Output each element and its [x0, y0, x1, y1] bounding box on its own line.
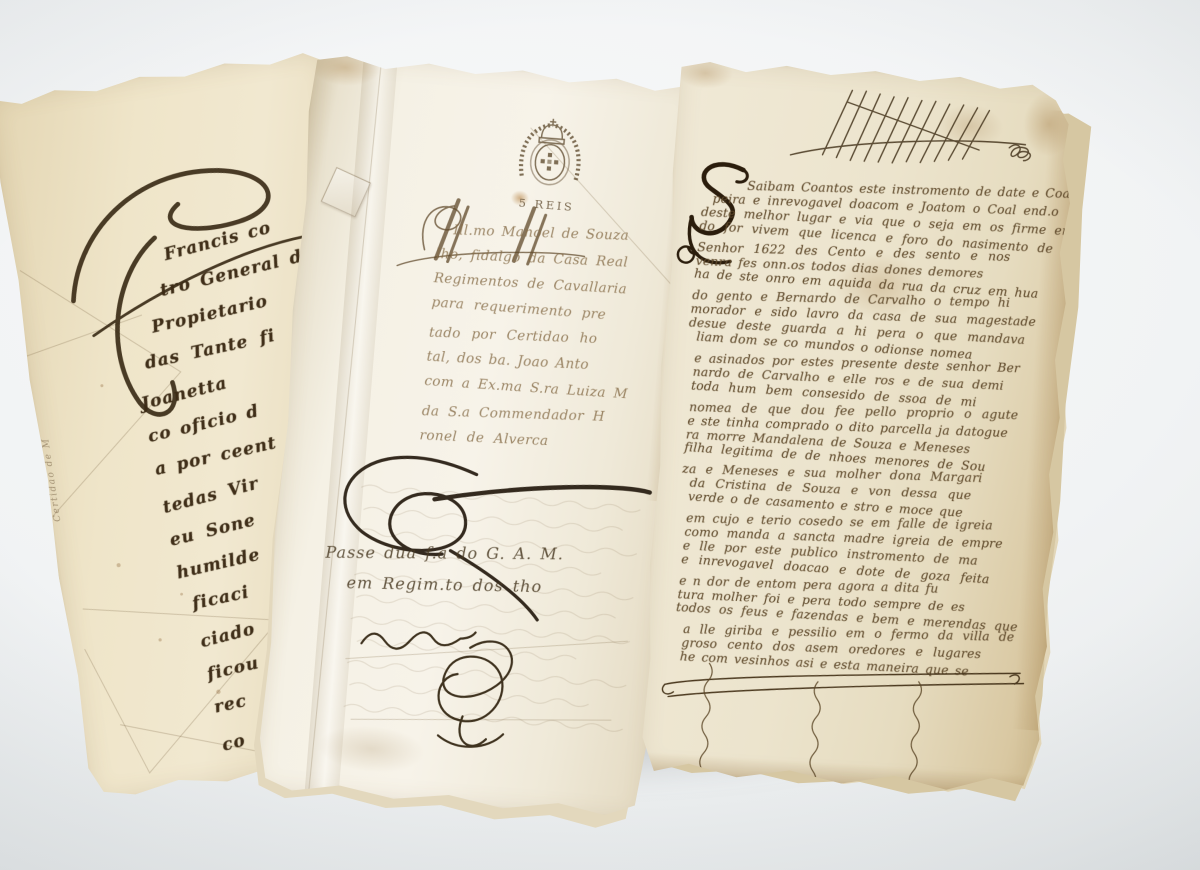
handwriting-text-block: Passe dua f.a do G. A. M.em Regim.to dos…	[328, 533, 650, 606]
right-document: Saibam Coantos este instromento de date …	[636, 58, 1082, 797]
handwriting-text-block: Ill.mo Manoel de Souzalho, fidalgo da Ca…	[422, 214, 684, 461]
handwriting-text-block: Saibam Coantos este instromento de date …	[677, 174, 1027, 681]
middle-document: 5 REIS	[253, 52, 703, 821]
age-stain	[672, 54, 754, 103]
signature-rubric	[336, 605, 577, 773]
photograph-of-manuscripts: Certidao de M Francis cotro General dePr…	[0, 0, 1200, 870]
handwriting-line: Passe dua f.a do G. A. M.	[325, 537, 645, 571]
ink-crosshatch-scribble	[788, 73, 1073, 184]
handwriting-line: em Regim.to dos tho	[346, 567, 653, 605]
